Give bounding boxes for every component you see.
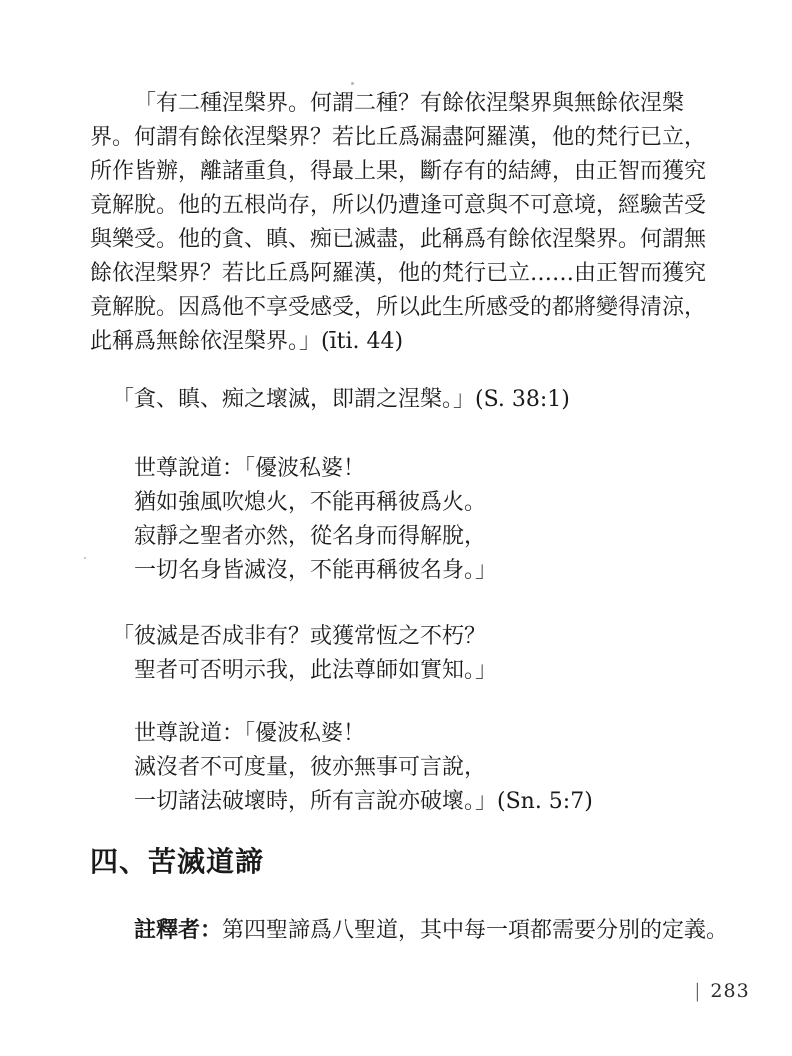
verse-stanza-flame: 世尊說道：「優波私婆！猶如強風吹熄火，不能再稱彼爲火。寂靜之聖者亦然，從名身而得…: [90, 452, 706, 588]
text-line: 滅沒者不可度量，彼亦無事可言說，: [90, 751, 706, 785]
text-line: 「貪、瞋、痴之壞滅，即謂之涅槃。」(S. 38:1): [90, 383, 706, 417]
text-line: 「有二種涅槃界。何謂二種？有餘依涅槃界與無餘依涅槃: [90, 87, 706, 121]
text-line: 「彼滅是否成非有？或獲常恆之不朽？: [90, 620, 706, 654]
verse-stanza-answer: 世尊說道：「優波私婆！滅沒者不可度量，彼亦無事可言說，一切諸法破壞時，所有言說亦…: [90, 717, 706, 819]
page-number-separator: |: [695, 979, 700, 1003]
text-line: 此稱爲無餘依涅槃界。」(īti. 44): [90, 325, 706, 359]
text-line: 一切諸法破壞時，所有言說亦破壞。」(Sn. 5:7): [90, 785, 706, 819]
sutta-paragraph-nibbana-elements: 「有二種涅槃界。何謂二種？有餘依涅槃界與無餘依涅槃界。何謂有餘依涅槃界？若比丘爲…: [90, 87, 706, 359]
text-line: 所作皆辦，離諸重負，得最上果，斷存有的結縛，由正智而獲究: [90, 155, 706, 189]
text-line: 聖者可否明示我，此法尊師如實知。」: [90, 654, 706, 688]
commentator-label: 註釋者：: [134, 917, 222, 943]
section-heading: 四、苦滅道諦: [90, 841, 706, 883]
page-number-value: 283: [710, 980, 749, 1002]
text-line: 餘依涅槃界？若比丘爲阿羅漢，他的梵行已立……由正智而獲究: [90, 257, 706, 291]
text-line: 寂靜之聖者亦然，從名身而得解脫，: [90, 520, 706, 554]
book-page: 「有二種涅槃界。何謂二種？有餘依涅槃界與無餘依涅槃界。何謂有餘依涅槃界？若比丘爲…: [0, 0, 792, 1056]
text-line: 註釋者：第四聖諦爲八聖道，其中每一項都需要分別的定義。: [90, 913, 706, 948]
scan-speck: [84, 557, 86, 559]
text-line: 四、苦滅道諦: [90, 841, 706, 883]
text-line: 界。何謂有餘依涅槃界？若比丘爲漏盡阿羅漢，他的梵行已立，: [90, 121, 706, 155]
text-line: 竟解脫。因爲他不享受感受，所以此生所感受的都將變得清涼，: [90, 291, 706, 325]
text-line: 世尊說道：「優波私婆！: [90, 452, 706, 486]
text-line: 與樂受。他的貪、瞋、痴已滅盡，此稱爲有餘依涅槃界。何謂無: [90, 223, 706, 257]
commentary-paragraph: 註釋者：第四聖諦爲八聖道，其中每一項都需要分別的定義。: [90, 913, 706, 948]
text-line: 世尊說道：「優波私婆！: [90, 717, 706, 751]
text-line: 竟解脫。他的五根尚存，所以仍遭逢可意與不可意境，經驗苦受: [90, 189, 706, 223]
text-line: 一切名身皆滅沒，不能再稱彼名身。」: [90, 554, 706, 588]
text-line: 猶如強風吹熄火，不能再稱彼爲火。: [90, 486, 706, 520]
verse-stanza-question: 「彼滅是否成非有？或獲常恆之不朽？聖者可否明示我，此法尊師如實知。」: [90, 620, 706, 688]
page-content: 「有二種涅槃界。何謂二種？有餘依涅槃界與無餘依涅槃界。何謂有餘依涅槃界？若比丘爲…: [90, 87, 706, 948]
page-number: |283: [694, 979, 750, 1003]
sutta-quote-nibbana-definition: 「貪、瞋、痴之壞滅，即謂之涅槃。」(S. 38:1): [90, 383, 706, 417]
scan-speck: [351, 82, 354, 85]
